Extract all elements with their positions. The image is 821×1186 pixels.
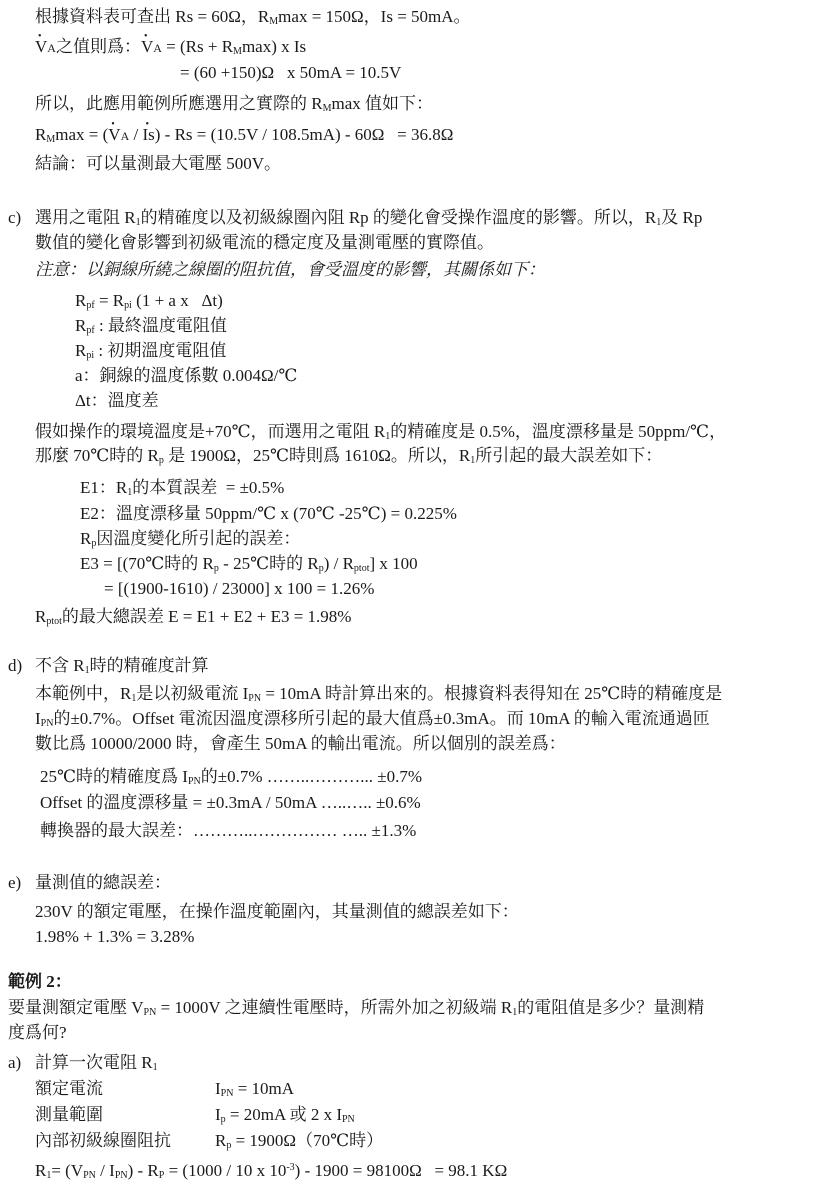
error-e1: E1：R1的本質誤差 = ±0.5% [80,477,284,504]
section-c-para2: 數值的變化會影響到初級電流的穩定度及量測電壓的實際值。 [35,232,494,254]
rmmax-formula-line: RMmax = (VA / Is) - Rs = (10.5V / 108.5m… [35,124,453,151]
param-name-range: 測量範圍 [35,1104,103,1126]
section-d-label: d) [8,655,22,677]
section-d-title: 不含 R1時的精確度計算 [35,655,209,682]
section-e-result: 1.98% + 1.3% = 3.28% [35,926,194,948]
va-calc-line: = (60 +150)Ω x 50mA = 10.5V [180,62,401,84]
def-rpi: Rpi : 初期溫度電阻值 [75,340,226,367]
example2-question-line2: 度爲何? [8,1022,67,1044]
def-delta-t: Δt：溫度差 [75,390,159,412]
param-value-range: Ip = 20mA 或 2 x IPN [215,1104,355,1131]
def-rpf: Rpf : 最終溫度電阻值 [75,315,227,342]
error-item-value: ±1.3% [372,821,417,840]
error-e3-calc: = [(1900-1610) / 23000] x 100 = 1.26% [104,578,374,600]
section-c-label: c) [8,207,21,229]
param-value-rated-current: IPN = 10mA [215,1078,294,1105]
section-d-para3: 數比爲 10000/2000 時，會產生 50mA 的輸出電流。所以個別的誤差爲… [35,733,566,755]
error-item-offset: Offset 的溫度漂移量 = ±0.3mA / 50mA …..….. ±0.… [40,792,421,814]
datasheet-values-line: 根據資料表可查出 Rs = 60Ω，RMmax = 150Ω，Is = 50mA… [35,6,471,33]
section-c-note: 注意：以銅線所繞之線圈的阻抗值，會受溫度的影響，其關係如下： [35,259,545,281]
part-a-title: 計算一次電阻 R1 [35,1052,158,1079]
example2-question-line1: 要量測額定電壓 VPN = 1000V 之連續性電壓時，所需外加之初級端 R1的… [8,997,704,1024]
section-c-para3: 假如操作的環境溫度是+70℃，而選用之電阻 R1的精確度是 0.5%，溫度漂移量… [35,421,726,448]
section-c-para1: 選用之電阻 R1的精確度以及初級線圈內阻 Rp 的變化會受操作溫度的影響。所以，… [35,207,702,234]
error-item-label: Offset 的溫度漂移量 = ±0.3mA / 50mA …..….. [40,793,376,812]
param-name-coil-resistance: 內部初級線圈阻抗 [35,1130,171,1152]
section-e-para1: 230V 的額定電壓，在操作溫度範圍內，其量測值的總誤差如下： [35,901,519,923]
error-item-accuracy: 25℃時的精確度爲 IPN的±0.7% ……..………... ±0.7% [40,766,422,793]
copper-formula: Rpf = Rpi (1 + a x Δt) [75,290,223,317]
section-d-para2: IPN的±0.7%。Offset 電流因溫度漂移所引起的最大值爲±0.3mA。而… [35,708,710,735]
def-a: a：銅線的溫度係數 0.004Ω/℃ [75,365,297,387]
rmmax-intro-line: 所以，此應用範例所應選用之實際的 RMmax 值如下： [35,93,433,120]
r1-formula: R1= (VPN / IPN) - RP = (1000 / 10 x 10-3… [35,1157,507,1186]
error-total: Rptot的最大總誤差 E = E1 + E2 + E3 = 1.98% [35,606,351,633]
error-e3-formula: E3 = [(70℃時的 Rp - 25℃時的 Rp) / Rptot] x 1… [80,553,418,580]
va-formula-line: VA之值則爲：VA = (Rs + RMmax) x Is [35,36,306,63]
example2-heading: 範例 2： [8,971,72,993]
section-d-para1: 本範例中，R1是以初級電流 IPN = 10mA 時計算出來的。根據資料表得知在… [35,683,722,710]
param-name-rated-current: 額定電流 [35,1078,103,1100]
section-e-label: e) [8,872,21,894]
error-item-value: ±0.6% [376,793,421,812]
error-item-value: ±0.7% [377,767,422,786]
conclusion-line: 結論：可以量測最大電壓 500V。 [35,153,281,175]
section-c-para4: 那麼 70℃時的 Rp 是 1900Ω，25℃時則爲 1610Ω。所以，R1所引… [35,445,662,472]
param-value-coil-resistance: Rp = 1900Ω（70℃時） [215,1130,383,1157]
error-rp-label: Rp因溫度變化所引起的誤差： [80,528,300,555]
part-a-label: a) [8,1052,21,1074]
error-e2: E2：溫度漂移量 50ppm/℃ x (70℃ -25℃) = 0.225% [80,503,457,525]
section-e-title: 量測值的總誤差： [35,872,171,894]
error-item-label: 轉換器的最大誤差：………..…………… ….. [40,821,372,840]
error-item-max: 轉換器的最大誤差：………..…………… ….. ±1.3% [40,820,416,842]
